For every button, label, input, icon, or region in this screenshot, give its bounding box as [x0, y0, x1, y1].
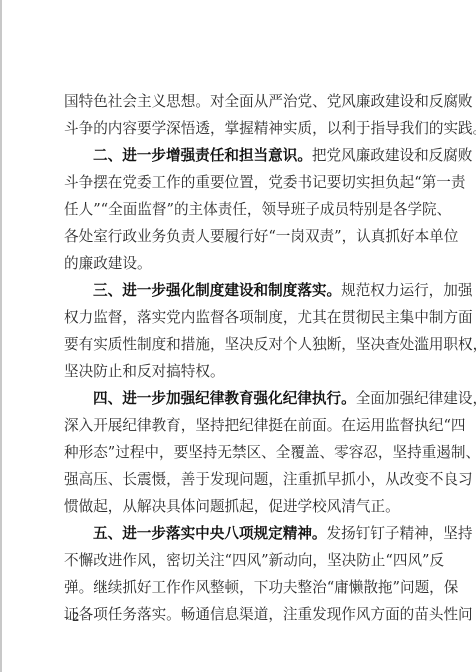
text-line: 权力监督，落实党内监督各项制度，尤其在贯彻民主集中制方面 — [64, 304, 420, 331]
section-5-heading-line: 五、进一步落实中央八项规定精神。发扬钉钉子精神，坚持 — [64, 520, 420, 547]
section-3-heading-line: 三、进一步强化制度建设和制度落实。规范权力运行，加强 — [64, 277, 420, 304]
text-line: 坚决防止和反对搞特权。 — [64, 358, 420, 385]
section-2-heading-line: 二、进一步增强责任和担当意识。把党风廉政建设和反腐败 — [64, 142, 420, 169]
text-span: 发扬钉钉子精神，坚持 — [327, 525, 473, 542]
text-span: 规范权力运行，加强 — [341, 282, 472, 299]
document-page: 国特色社会主义思想。对全面从严治党、党风廉政建设和反腐败 斗争的内容要学深悟透，… — [64, 88, 420, 628]
text-line: 不懈改进作风，密切关注“四风”新动向，坚决防止“四风”反 — [64, 547, 420, 574]
text-line: 弹。继续抓好工作作风整顿，下功夫整治“庸懒散拖”问题，保 — [64, 574, 420, 601]
text-line: 要有实质性制度和措施，坚决反对个人独断，坚决查处滥用职权， — [64, 331, 420, 358]
text-line: 惯做起，从解决具体问题抓起，促进学校风清气正。 — [64, 493, 420, 520]
text-line: 各处室行政业务负责人要履行好“一岗双责”，认真抓好本单位 — [64, 223, 420, 250]
section-heading: 四、进一步加强纪律教育强化纪律执行。 — [93, 390, 356, 407]
section-heading: 二、进一步增强责任和担当意识。 — [93, 147, 312, 164]
text-span: 把党风廉政建设和反腐败 — [312, 147, 473, 164]
text-line: 证各项任务落实。畅通信息渠道，注重发现作风方面的苗头性问 — [64, 601, 420, 628]
text-line: 国特色社会主义思想。对全面从严治党、党风廉政建设和反腐败 — [64, 88, 420, 115]
text-line: 深入开展纪律教育，坚持把纪律挺在前面。在运用监督执纪“四 — [64, 412, 420, 439]
text-line: 任人”“全面监督”的主体责任，领导班子成员特别是各学院、 — [64, 196, 420, 223]
text-line: 斗争的内容要学深悟透，掌握精神实质，以利于指导我们的实践。 — [64, 115, 420, 142]
text-line: 斗争摆在党委工作的重要位置，党委书记要切实担负起“第一责 — [64, 169, 420, 196]
page-left-border — [0, 0, 2, 672]
section-heading: 五、进一步落实中央八项规定精神。 — [93, 525, 327, 542]
page-number: - 2 - — [64, 610, 87, 624]
text-line: 强高压、长震慑，善于发现问题，注重抓早抓小，从改变不良习 — [64, 466, 420, 493]
section-heading: 三、进一步强化制度建设和制度落实。 — [93, 282, 341, 299]
text-span: 全面加强纪律建设， — [356, 390, 476, 407]
text-line: 种形态”过程中，要坚持无禁区、全覆盖、零容忍，坚持重遏制、 — [64, 439, 420, 466]
text-line: 的廉政建设。 — [64, 250, 420, 277]
section-4-heading-line: 四、进一步加强纪律教育强化纪律执行。全面加强纪律建设， — [64, 385, 420, 412]
